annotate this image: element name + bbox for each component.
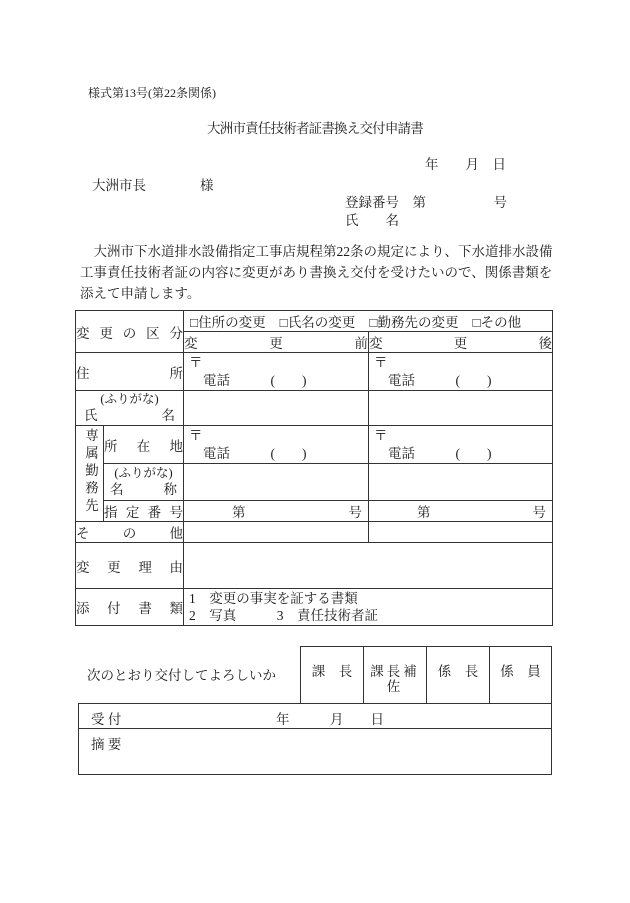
approval-box-label: 課長補 佐 [370, 664, 420, 694]
number-frame: 第号 [184, 501, 368, 521]
workplace-name-before-field[interactable] [184, 464, 369, 501]
row-label-address: 住 所 [76, 353, 184, 391]
page-title: 大洲市責任技術者証書換え交付申請書 [0, 117, 630, 137]
other-after-field[interactable] [369, 522, 553, 543]
phone-line: 電話 ( ) [184, 445, 368, 463]
postal-mark: 〒 [369, 426, 552, 445]
approval-box-label: 課 長 [312, 664, 353, 679]
workplace-vertical-label: 専属勤務先 [76, 428, 104, 516]
workplace-name-after-field[interactable] [369, 464, 553, 501]
row-label-workplace-location: 所 在 地 [104, 426, 184, 464]
row-label-other: そ の 他 [76, 522, 184, 543]
approval-box-label: 係 長 [438, 664, 479, 679]
reception-label: 受 付 [91, 708, 121, 728]
approval-box-staff[interactable]: 係 員 [489, 646, 552, 703]
checkbox-icon[interactable]: □ [190, 315, 198, 330]
furigana-label: (ふりがな) [76, 391, 183, 407]
other-before-field[interactable] [184, 522, 369, 543]
row-group-label-workplace: 専属勤務先 [76, 426, 104, 522]
change-category-options-cell: □住所の変更 □氏名の変更 □勤務先の変更 □その他 [184, 311, 553, 332]
checkbox-label: 勤務先の変更 [377, 315, 458, 330]
approval-box-assistant-section-chief[interactable]: 課長補 佐 [363, 646, 426, 703]
change-reason-field[interactable] [184, 543, 553, 589]
registration-number-line: 登録番号 第 号 [345, 191, 507, 211]
reception-row[interactable]: 受 付 年 月 日 [79, 704, 551, 729]
remarks-row[interactable]: 摘 要 [79, 729, 551, 774]
checkbox-label: その他 [481, 315, 522, 330]
approval-box-section-chief[interactable]: 課 長 [300, 646, 363, 703]
phone-line: 電話 ( ) [369, 445, 552, 463]
name-label: 氏 名 [76, 407, 183, 425]
checkbox-option-workplace[interactable]: □勤務先の変更 [369, 311, 458, 331]
change-details-table: 変 更 の 区 分 □住所の変更 □氏名の変更 □勤務先の変更 □その他 変 更… [75, 310, 553, 626]
change-category-options: □住所の変更 □氏名の変更 □勤務先の変更 □その他 [184, 311, 552, 331]
postal-mark: 〒 [184, 426, 368, 445]
approval-question: 次のとおり交付してよろしいか [87, 664, 276, 684]
column-header-before: 変 更 前 [184, 332, 369, 353]
workplace-location-before-field[interactable]: 〒 電話 ( ) [184, 426, 369, 464]
workplace-location-after-field[interactable]: 〒 電話 ( ) [369, 426, 553, 464]
designation-number-after-field[interactable]: 第号 [369, 501, 553, 522]
date-line: 年 月 日 [425, 153, 506, 173]
row-label-change-reason: 変 更 理 由 [76, 543, 184, 589]
row-label-attachments: 添 付 書 類 [76, 589, 184, 626]
remarks-label: 摘 要 [91, 733, 121, 753]
checkbox-option-other[interactable]: □その他 [472, 311, 521, 331]
application-statement: 大洲市下水道排水設備指定工事店規程第22条の規定により、下水道排水設備 工事責任… [80, 241, 580, 304]
approval-box-label: 係 員 [500, 664, 541, 679]
name-after-field[interactable] [369, 391, 553, 426]
number-prefix: 第 [417, 501, 431, 521]
office-use-table: 受 付 年 月 日 摘 要 [78, 703, 552, 775]
furigana-label: (ふりがな) [104, 465, 183, 481]
name-before-field[interactable] [184, 391, 369, 426]
address-before-field[interactable]: 〒 電話 ( ) [184, 353, 369, 391]
checkbox-option-address[interactable]: □住所の変更 [190, 311, 266, 331]
row-label-name: (ふりがな) 氏 名 [76, 391, 184, 426]
attachments-list: 1 変更の事実を証する書類 2 写真 3 責任技術者証 [184, 589, 552, 625]
number-suffix: 号 [533, 501, 547, 521]
postal-mark: 〒 [184, 353, 368, 372]
postal-mark: 〒 [369, 353, 552, 372]
phone-line: 電話 ( ) [184, 372, 368, 390]
approval-stamp-boxes: 課 長 課長補 佐 係 長 係 員 [300, 646, 552, 703]
address-after-field[interactable]: 〒 電話 ( ) [369, 353, 553, 391]
checkbox-icon[interactable]: □ [472, 315, 480, 330]
designation-number-before-field[interactable]: 第号 [184, 501, 369, 522]
row-label-change-category: 変 更 の 区 分 [76, 311, 184, 353]
number-frame: 第号 [369, 501, 552, 521]
number-prefix: 第 [232, 501, 246, 521]
checkbox-label: 住所の変更 [198, 315, 266, 330]
addressee-line: 大洲市長 様 [92, 174, 214, 194]
attachments-cell: 1 変更の事実を証する書類 2 写真 3 責任技術者証 [184, 589, 553, 626]
checkbox-icon[interactable]: □ [280, 315, 288, 330]
row-label-workplace-name: (ふりがな) 名 称 [104, 464, 184, 501]
checkbox-label: 氏名の変更 [288, 315, 356, 330]
company-name-label: 名 称 [104, 481, 183, 499]
column-header-after: 変 更 後 [369, 332, 553, 353]
form-number: 様式第13号(第22条関係) [88, 84, 216, 101]
number-suffix: 号 [349, 501, 363, 521]
applicant-name-line: 氏 名 [345, 209, 399, 229]
checkbox-option-name[interactable]: □氏名の変更 [280, 311, 356, 331]
approval-box-unit-chief[interactable]: 係 長 [426, 646, 489, 703]
phone-line: 電話 ( ) [369, 372, 552, 390]
row-label-designation-number: 指 定 番 号 [104, 501, 184, 522]
reception-date-line: 年 月 日 [276, 708, 384, 728]
application-form-page: 様式第13号(第22条関係) 大洲市責任技術者証書換え交付申請書 年 月 日 大… [0, 0, 630, 903]
